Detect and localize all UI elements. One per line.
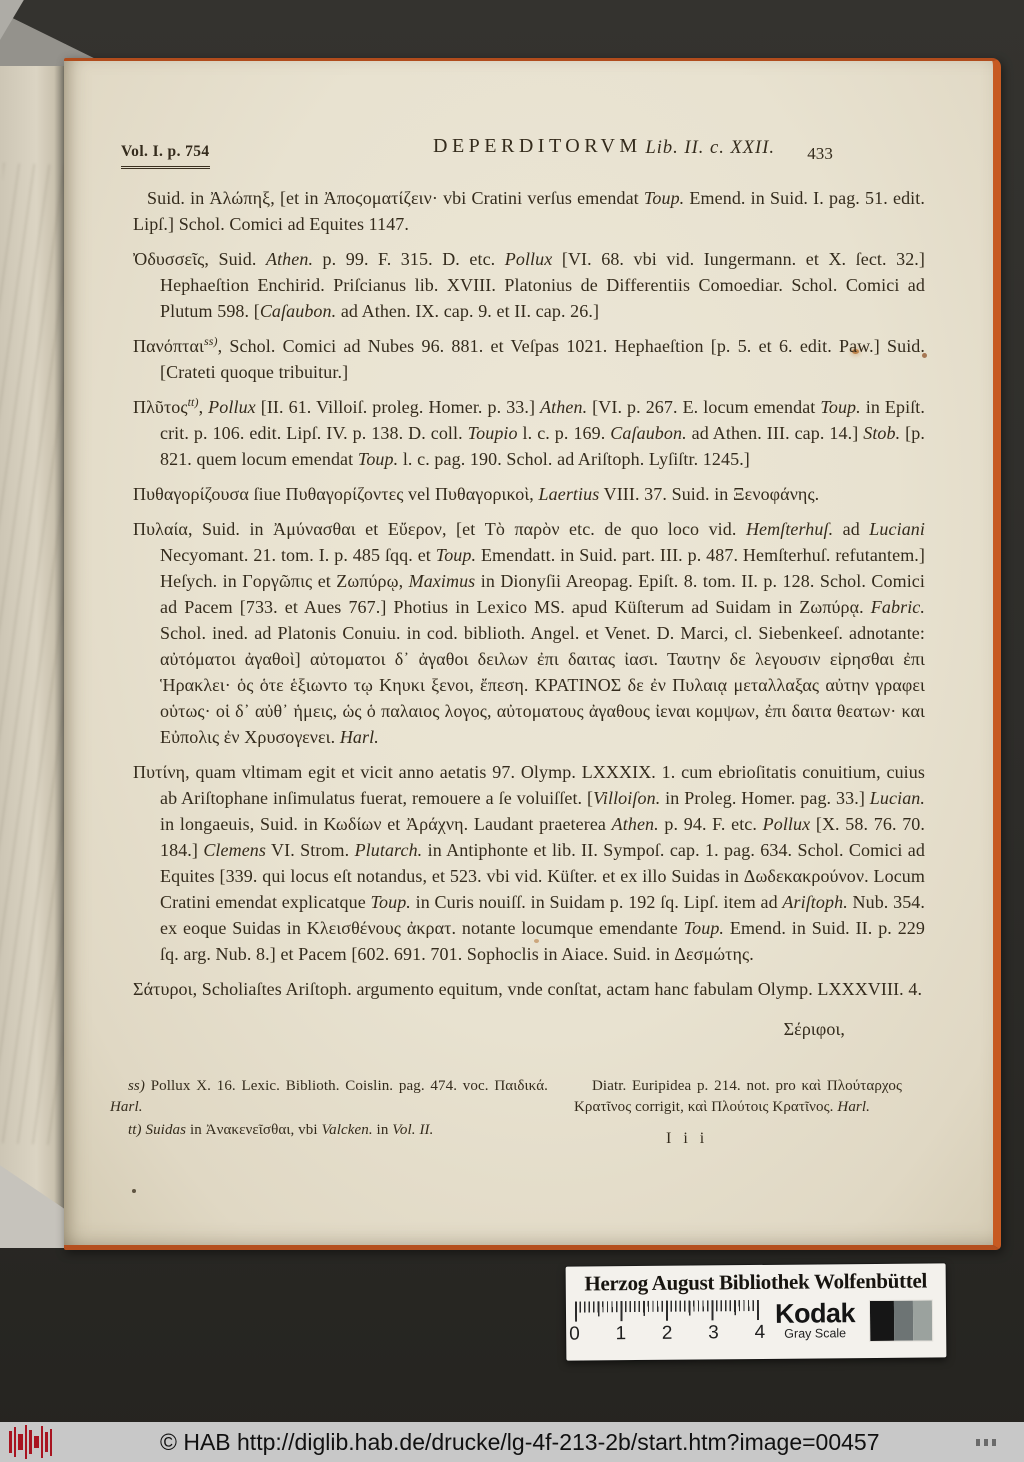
footnotes: ss) Pollux X. 16. Lexic. Biblioth. Coisl… xyxy=(110,1076,925,1149)
ruler-number: 1 xyxy=(615,1323,626,1345)
kodak-branding: Kodak Gray Scale xyxy=(765,1300,865,1341)
ruler-number: 3 xyxy=(708,1322,719,1344)
foxing-stain xyxy=(132,1189,136,1193)
paragraph: Πυτίνη, quam vltimam egit et vicit anno … xyxy=(133,759,925,967)
footnote: tt) Suidas in Ἀνακενεῖσθαι, vbi Valcken.… xyxy=(110,1120,548,1141)
book-chapter-reference: Lib. II. c. XXII. xyxy=(645,135,775,161)
paragraph: Πανόπταιss), Schol. Comici ad Nubes 96. … xyxy=(133,333,925,385)
ruler-icon: 01234 xyxy=(573,1300,761,1348)
grayscale-patch-icon xyxy=(870,1300,932,1341)
paragraph: Πυθαγορίζουσα ſiue Πυθαγορίζοντες vel Πυ… xyxy=(133,481,925,507)
ruler-number: 4 xyxy=(754,1322,765,1344)
library-name: Herzog August Bibliothek Wolfenbüttel xyxy=(566,1268,946,1296)
page-number: 433 xyxy=(807,141,833,167)
paragraph: Πυλαία, Suid. in Ἀμύνασθαι et Εὔερον, [e… xyxy=(133,516,925,750)
page-content: Vol. I. p. 754 DEPERDITORVM Lib. II. c. … xyxy=(133,133,925,1149)
ruler-number: 0 xyxy=(569,1324,580,1346)
catchword: Σέριφοι, xyxy=(133,1016,925,1042)
hab-logo-icon xyxy=(9,1424,52,1460)
ruler-number: 2 xyxy=(662,1323,673,1345)
footnote: Diatr. Euripidea p. 214. not. pro καὶ Πλ… xyxy=(574,1076,902,1118)
footnote: ss) Pollux X. 16. Lexic. Biblioth. Coisl… xyxy=(110,1076,548,1118)
copyright-url: © HAB http://diglib.hab.de/drucke/lg-4f-… xyxy=(160,1429,880,1456)
footer-bar: © HAB http://diglib.hab.de/drucke/lg-4f-… xyxy=(0,1422,1024,1462)
patch-black xyxy=(870,1301,894,1341)
book-page: Vol. I. p. 754 DEPERDITORVM Lib. II. c. … xyxy=(64,58,1001,1250)
footnote-right-text: Diatr. Euripidea p. 214. not. pro καὶ Πλ… xyxy=(574,1076,902,1118)
page-header: Vol. I. p. 754 DEPERDITORVM Lib. II. c. … xyxy=(133,133,925,173)
paragraph: Ὀδυσσεῖς, Suid. Athen. p. 99. F. 315. D.… xyxy=(133,246,925,324)
running-title: DEPERDITORVM xyxy=(433,133,642,159)
paragraph: Suid. in Ἀλώπηξ, [et in Ἀποϛοματίζειν· v… xyxy=(133,185,925,237)
paragraph: Πλῦτοςtt), Pollux [II. 61. Villoiſ. prol… xyxy=(133,394,925,472)
ruler-ticks-cm xyxy=(575,1300,759,1322)
footer-tiny-marks xyxy=(976,1439,1000,1446)
text-block: Suid. in Ἀλώπηξ, [et in Ἀποϛοματίζειν· v… xyxy=(133,185,925,1002)
kodak-logo: Kodak xyxy=(765,1300,865,1327)
footnotes-right-column: Diatr. Euripidea p. 214. not. pro καὶ Πλ… xyxy=(574,1076,902,1149)
gathering-signature: I i i xyxy=(666,1128,902,1149)
paragraph: Σάτυροι, Scholiaſtes Ariſtoph. argumento… xyxy=(133,976,925,1002)
footnotes-left-column: ss) Pollux X. 16. Lexic. Biblioth. Coisl… xyxy=(110,1076,548,1149)
patch-light-gray xyxy=(913,1300,932,1340)
label-row: 01234 Kodak Gray Scale xyxy=(566,1298,946,1347)
ruler-numbers: 01234 xyxy=(569,1322,765,1346)
facing-page-edge xyxy=(0,44,66,1248)
patch-dark-gray xyxy=(893,1301,913,1341)
kodak-grayscale-label: Herzog August Bibliothek Wolfenbüttel 01… xyxy=(566,1263,947,1360)
volume-reference: Vol. I. p. 754 xyxy=(121,139,210,169)
